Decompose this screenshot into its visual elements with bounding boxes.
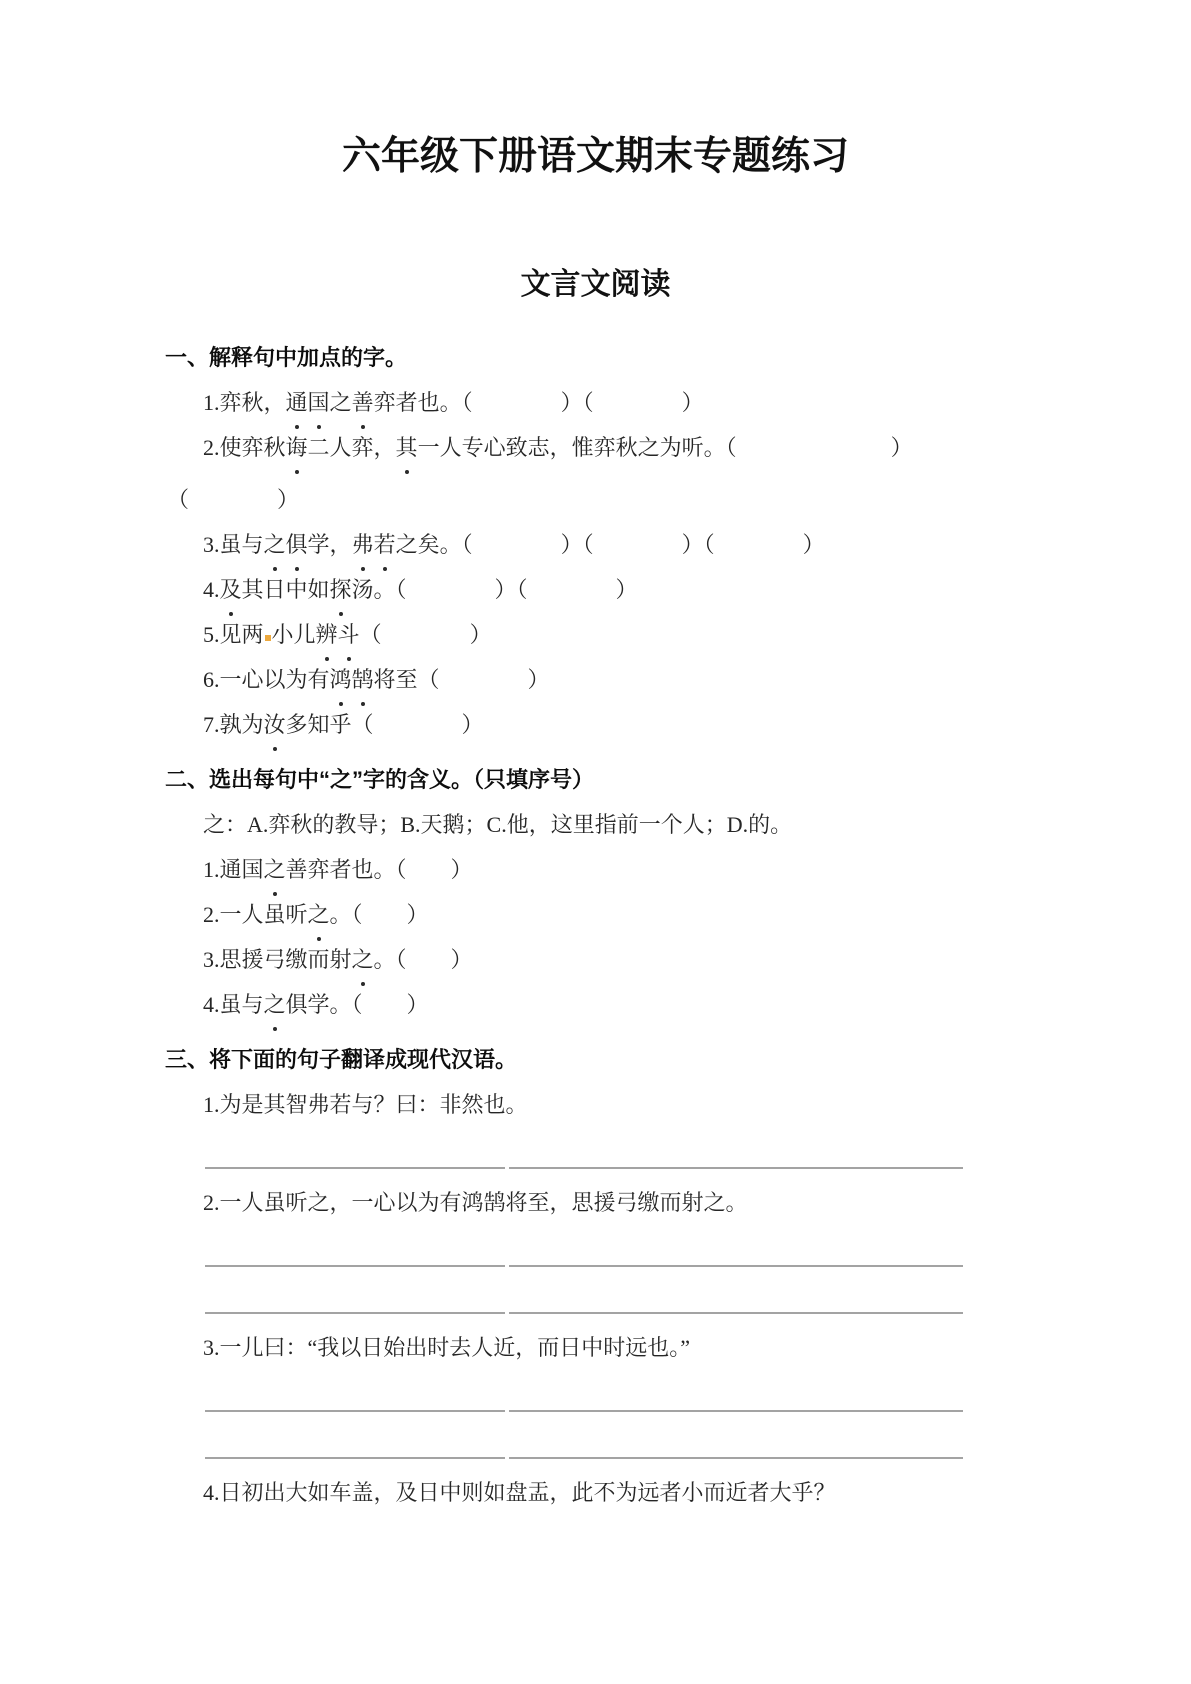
dotted-char: 诲 (286, 425, 308, 470)
item-text: 4.虽与 (203, 992, 264, 1017)
item-text: （ ） (167, 487, 299, 512)
item-text: 二人弈， (308, 435, 396, 460)
item-text: 3.虽与 (203, 532, 264, 557)
dotted-char: 及 (220, 567, 242, 612)
dotted-char: 通 (286, 380, 308, 425)
answer-line (205, 1410, 963, 1412)
item-text: 善弈者也。（ ） (286, 857, 473, 882)
dotted-char: 之 (264, 847, 286, 892)
item-text: 之 (330, 390, 352, 415)
page-title: 六年级下册语文期末专题练习 (0, 0, 1191, 176)
dotted-char: 之 (308, 892, 330, 937)
item-text: 多知乎（ ） (286, 712, 484, 737)
section-heading: 一、解释句中加点的字。 (165, 335, 1191, 380)
dotted-char: 善 (352, 380, 374, 425)
exercise-item: 3.虽与之俱学，弗若之矣。（ ）（ ）（ ） (203, 522, 1191, 567)
item-text: 俱学。（ ） (286, 992, 429, 1017)
item-text: 4.日初出大如车盖，及日中则如盘盂，此不为远者小而近者大乎？ (203, 1480, 836, 1505)
dotted-char: 弗 (352, 522, 374, 567)
item-text: 之矣。（ ）（ ）（ ） (396, 532, 825, 557)
exercise-item: 3.一儿曰：“我以日始出时去人近，而日中时远也。” (203, 1325, 1191, 1370)
exercise-item: 7.孰为汝多知乎（ ） (203, 702, 1191, 747)
item-text: 2.一人虽听之，一心以为有鸿鹄将至，思援弓缴而射之。 (203, 1190, 748, 1215)
item-text: 汤。（ ）（ ） (352, 577, 638, 602)
answer-line (205, 1312, 963, 1314)
exercise-item: 1.弈秋，通国之善弈者也。（ ）（ ） (203, 380, 1191, 425)
dotted-char: 之 (264, 982, 286, 1027)
exercise-item: 3.思援弓缴而射之。（ ） (203, 937, 1191, 982)
item-text: 3.一儿曰：“我以日始出时去人近，而日中时远也。” (203, 1335, 690, 1360)
dotted-char: 国 (308, 380, 330, 425)
document-body: 一、解释句中加点的字。1.弈秋，通国之善弈者也。（ ）（ ）2.使弈秋诲二人弈，… (0, 335, 1191, 1515)
item-text: 其日中如 (242, 577, 330, 602)
answer-line (205, 1265, 963, 1267)
item-text: 。（ ） (330, 902, 429, 927)
exercise-item: 4.日初出大如车盖，及日中则如盘盂，此不为远者小而近者大乎？ (203, 1470, 1191, 1515)
item-text: 弈者也。（ ）（ ） (374, 390, 704, 415)
dotted-char: 之 (264, 522, 286, 567)
dotted-char: 之 (352, 937, 374, 982)
exercise-item: （ ） (167, 477, 1191, 522)
section-heading: 三、将下面的句子翻译成现代汉语。 (165, 1037, 1191, 1082)
dotted-char: 探 (330, 567, 352, 612)
dotted-char: 若 (374, 522, 396, 567)
item-text: 之：A.弈秋的教导；B.天鹅；C.他，这里指前一个人；D.的。 (203, 812, 792, 837)
exercise-item: 6.一心以为有鸿鹄将至（ ） (203, 657, 1191, 702)
item-text: 2.使弈秋 (203, 435, 286, 460)
item-text: 小儿 (272, 622, 316, 647)
page-subtitle: 文言文阅读 (0, 270, 1191, 300)
dotted-char: 俱 (286, 522, 308, 567)
exercise-item: 4.虽与之俱学。（ ） (203, 982, 1191, 1027)
dotted-char: 斗 (338, 612, 360, 657)
item-text: 1.为是其智弗若与？曰：非然也。 (203, 1092, 528, 1117)
item-text: （ ） (360, 622, 492, 647)
worksheet-page: 六年级下册语文期末专题练习 文言文阅读 一、解释句中加点的字。1.弈秋，通国之善… (0, 0, 1191, 1684)
exercise-item: 5.见两小儿辨斗（ ） (203, 612, 1191, 657)
item-text: 1.弈秋， (203, 390, 286, 415)
dotted-char: 其 (396, 425, 418, 470)
item-text: 5.见两 (203, 622, 264, 647)
section-heading: 二、选出每句中“之”字的含义。（只填序号） (165, 757, 1191, 802)
exercise-item: 2.一人虽听之，一心以为有鸿鹄将至，思援弓缴而射之。 (203, 1180, 1191, 1225)
item-text: 2.一人虽听 (203, 902, 308, 927)
item-text: 6.一心以为有 (203, 667, 330, 692)
highlight-mark (265, 635, 271, 641)
exercise-item: 1.通国之善弈者也。（ ） (203, 847, 1191, 892)
item-text: 一人专心致志，惟弈秋之为听。（ ） (418, 435, 913, 460)
dotted-char: 鸿 (330, 657, 352, 702)
item-text: 。（ ） (374, 947, 473, 972)
exercise-item: 4.及其日中如探汤。（ ）（ ） (203, 567, 1191, 612)
dotted-char: 鹄 (352, 657, 374, 702)
item-text: 7.孰为 (203, 712, 264, 737)
dotted-char: 汝 (264, 702, 286, 747)
item-text: 1.通国 (203, 857, 264, 882)
answer-line (205, 1457, 963, 1459)
item-text: 3.思援弓缴而射 (203, 947, 352, 972)
item-text: 4. (203, 577, 220, 602)
exercise-item: 1.为是其智弗若与？曰：非然也。 (203, 1082, 1191, 1127)
item-text: 学， (308, 532, 352, 557)
dotted-char: 辨 (316, 612, 338, 657)
exercise-item: 2.使弈秋诲二人弈，其一人专心致志，惟弈秋之为听。（ ） (203, 425, 1191, 470)
exercise-item: 之：A.弈秋的教导；B.天鹅；C.他，这里指前一个人；D.的。 (203, 802, 1191, 847)
answer-line (205, 1167, 963, 1169)
exercise-item: 2.一人虽听之。（ ） (203, 892, 1191, 937)
item-text: 将至（ ） (374, 667, 550, 692)
